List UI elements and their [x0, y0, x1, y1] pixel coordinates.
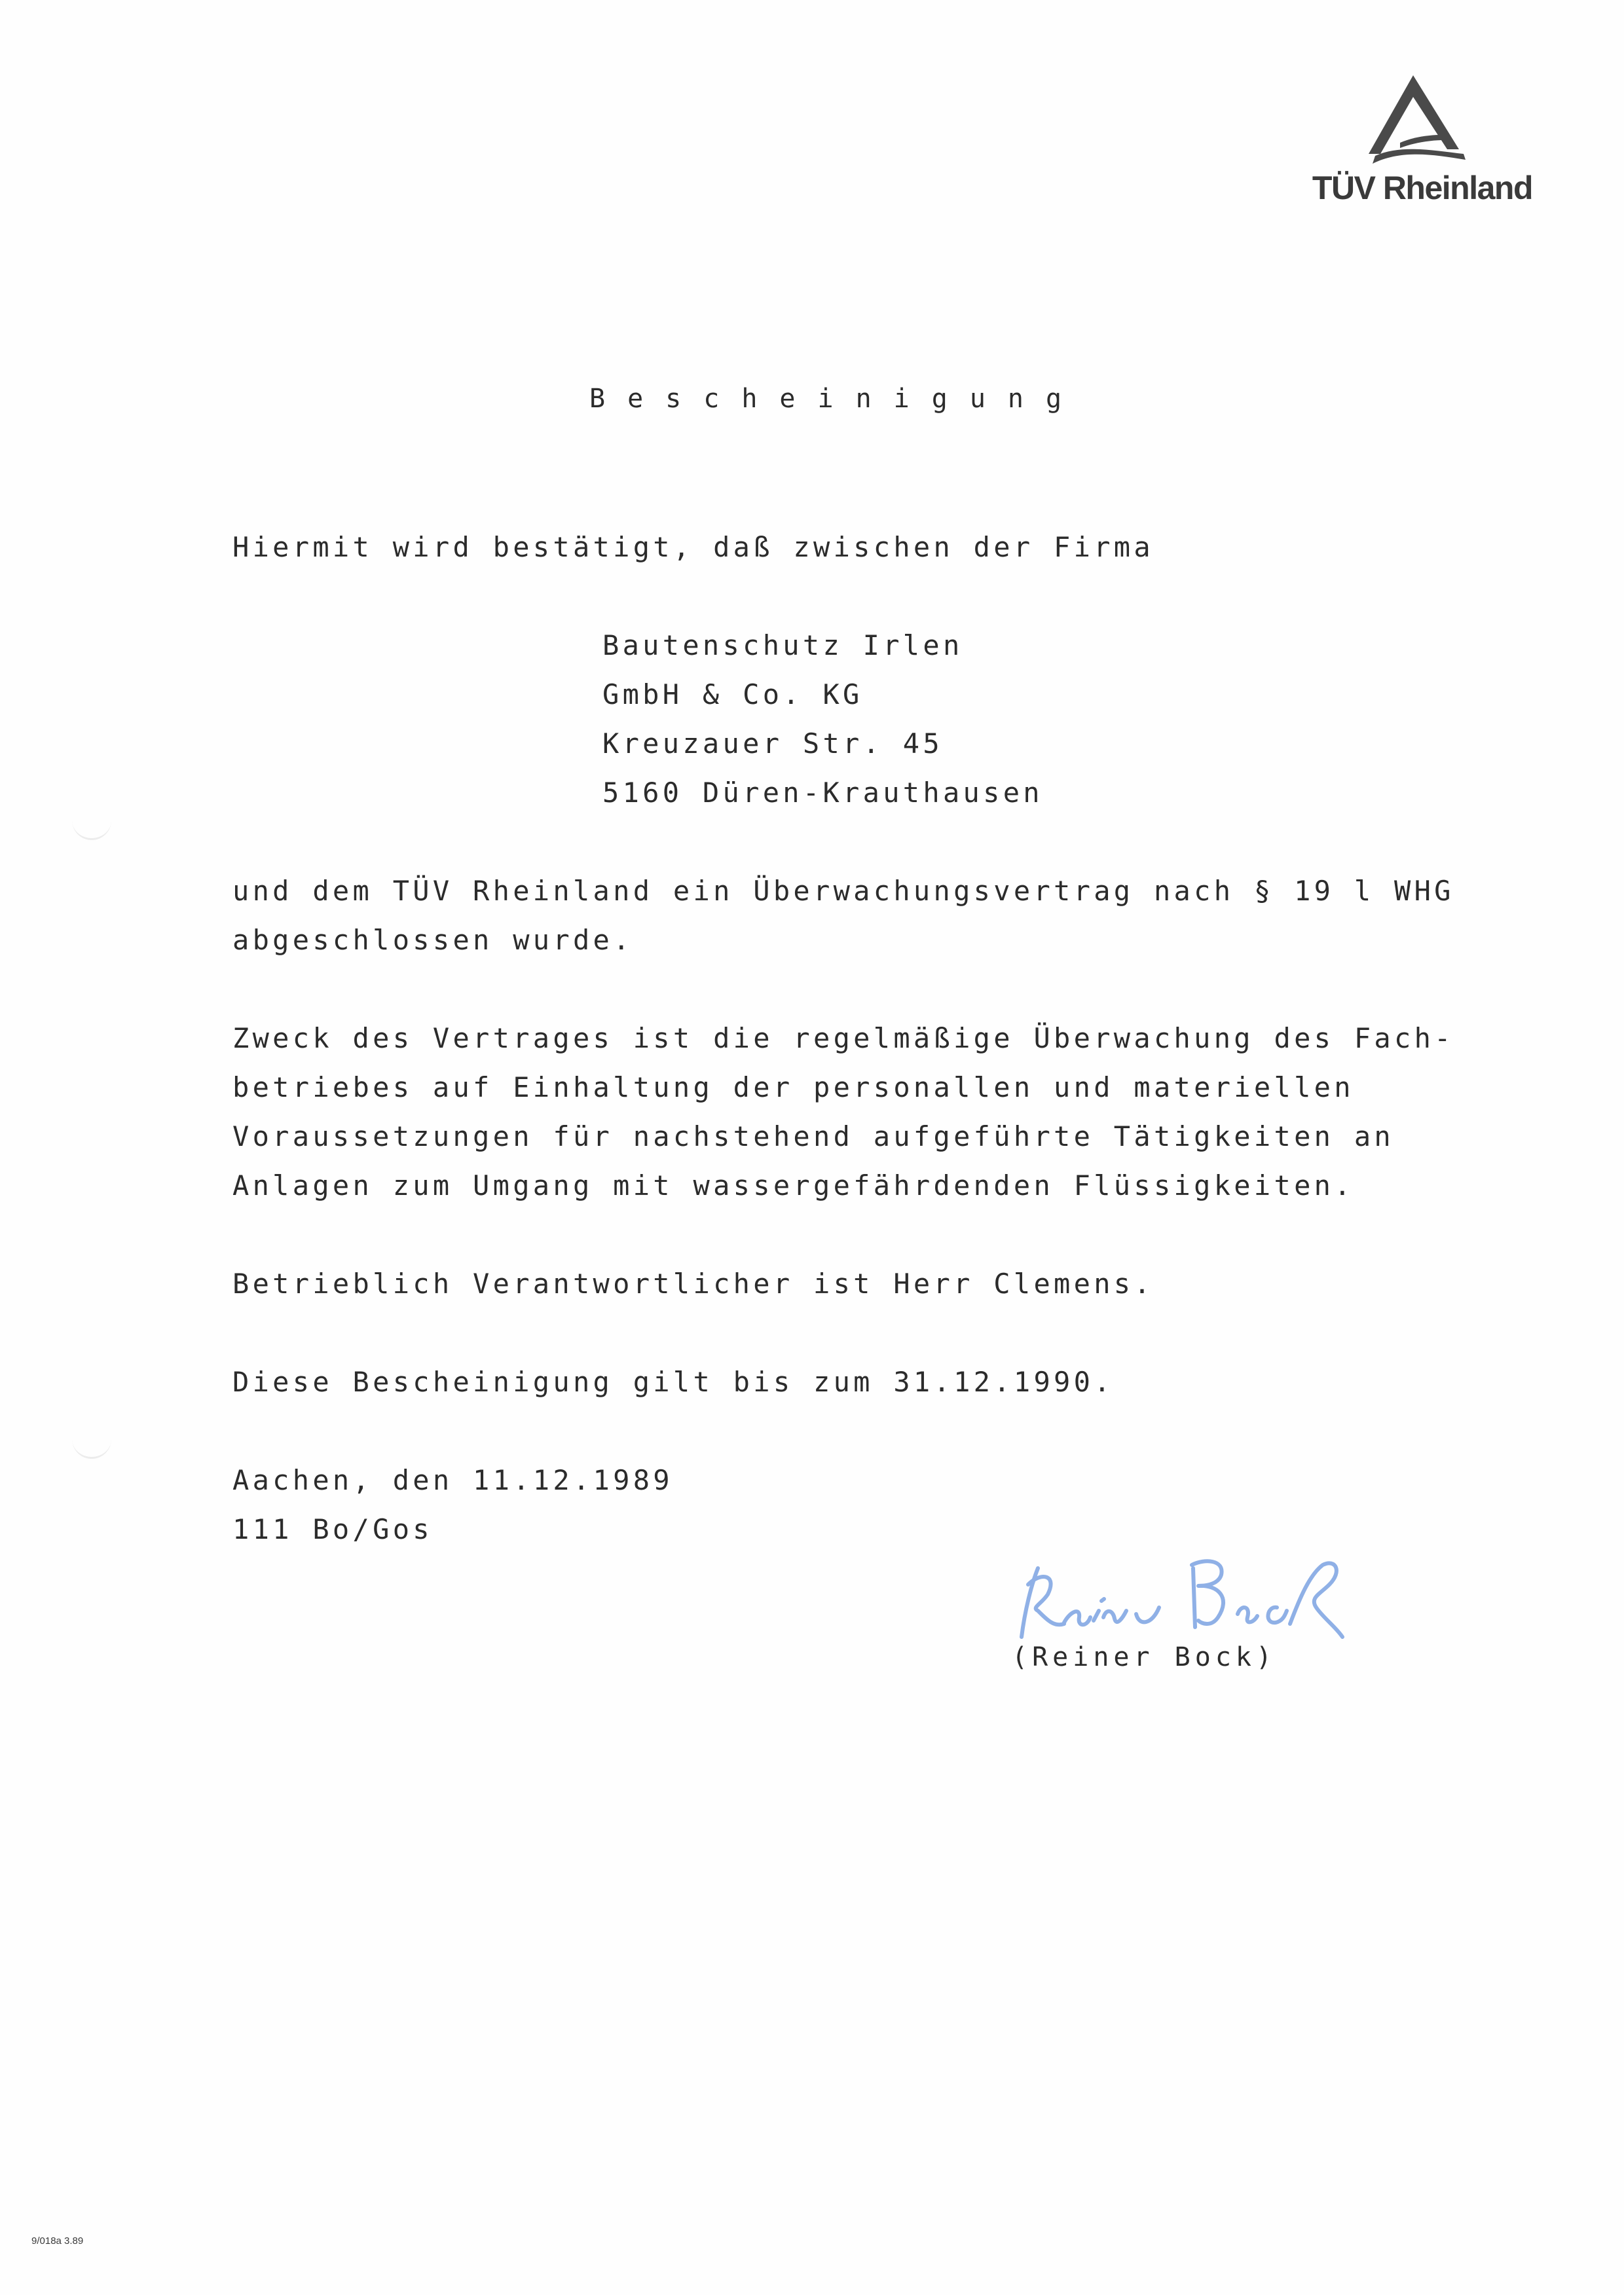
address-line: Kreuzauer Str. 45: [602, 730, 943, 758]
organization-name: TÜV Rheinland: [1270, 169, 1532, 207]
validity-statement: Diese Bescheinigung gilt bis zum 31.12.1…: [232, 1368, 1114, 1396]
address-line: 5160 Düren-Krauthausen: [602, 779, 1043, 807]
letter-page: TÜV Rheinland Bescheinigung Hiermit wird…: [0, 0, 1624, 2295]
document-title: Bescheinigung: [589, 384, 1084, 414]
address-line: Bautenschutz Irlen: [602, 632, 963, 659]
punch-hole-mark: [72, 1437, 111, 1459]
paragraph-line: Zweck des Vertrages ist die regelmäßige …: [232, 1025, 1454, 1052]
responsible-person: Betrieblich Verantwortlicher ist Herr Cl…: [232, 1270, 1154, 1298]
tuv-rheinland-logo: TÜV Rheinland: [1270, 72, 1532, 216]
paragraph-line: abgeschlossen wurde.: [232, 927, 633, 954]
place-date: Aachen, den 11.12.1989: [232, 1467, 673, 1494]
intro-text: Hiermit wird bestätigt, daß zwischen der…: [232, 534, 1154, 561]
tuv-triangle-wave-icon: [1349, 72, 1480, 170]
reference-code: 111 Bo/Gos: [232, 1516, 433, 1543]
address-line: GmbH & Co. KG: [602, 681, 863, 708]
paragraph-line: Voraussetzungen für nachstehend aufgefüh…: [232, 1123, 1394, 1150]
paragraph-line: und dem TÜV Rheinland ein Überwachungsve…: [232, 877, 1454, 905]
paragraph-line: Anlagen zum Umgang mit wassergefährdende…: [232, 1172, 1354, 1200]
form-code: 9/018a 3.89: [31, 2235, 83, 2247]
paragraph-line: betriebes auf Einhaltung der personallen…: [232, 1074, 1354, 1101]
punch-hole-mark: [72, 818, 111, 840]
handwritten-signature: [1002, 1545, 1369, 1643]
signer-printed-name: (Reiner Bock): [1012, 1642, 1276, 1672]
